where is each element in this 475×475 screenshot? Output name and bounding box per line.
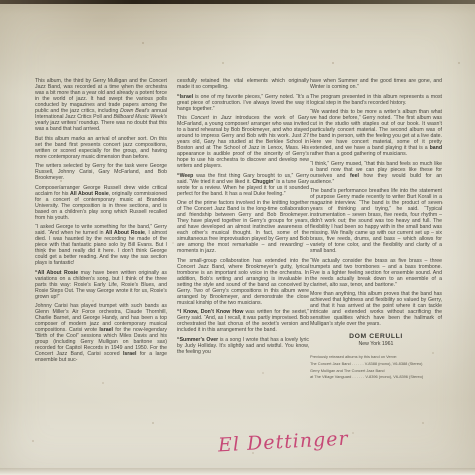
liner-notes-paragraph: “I Know, Don’t Know How was written for … — [177, 309, 309, 333]
liner-notes-paragraph: The program presented in this album repr… — [310, 94, 442, 106]
catalog-line: Previously released albums by this band … — [310, 355, 442, 360]
cover-top-edge — [0, 0, 475, 4]
liner-notes-column-1: This album, the third by Gerry Mulligan … — [35, 78, 167, 367]
catalog-line: The Concert Jazz Band . . . . . . V-8388… — [310, 362, 442, 367]
liner-notes-paragraph: “I think,” Gerry mused, “that this band … — [310, 161, 442, 185]
liner-notes-paragraph: This album, the third by Gerry Mulligan … — [35, 78, 167, 132]
author-place-date: New York 1961 — [310, 341, 442, 347]
author-credit: DOM CERULLINew York 1961 — [310, 334, 442, 347]
liner-notes-paragraph: “All About Rosie may have been written o… — [35, 270, 167, 300]
liner-notes-paragraph: cessfully retained the vital elements wh… — [177, 78, 309, 90]
catalog-line: at The Village Vanguard . . . . . . V-83… — [310, 375, 442, 380]
liner-notes-paragraph: “Israel is one of my favorite pieces,” G… — [177, 94, 309, 112]
liner-notes-paragraph: Johnny Carisi has played trumpet with su… — [35, 303, 167, 363]
handwritten-signature: El Dettinger — [218, 426, 389, 457]
cover-bottom-edge — [0, 468, 475, 475]
liner-notes-paragraph: have when Summer and the good times are … — [310, 78, 442, 90]
previously-released-catalog: Previously released albums by this band … — [310, 355, 442, 380]
liner-notes-paragraph: “We actually consider the brass as five … — [310, 258, 442, 288]
liner-notes-column-3: have when Summer and the good times are … — [310, 78, 442, 380]
liner-notes-paragraph: This Concert in Jazz introduces the work… — [177, 115, 309, 169]
liner-notes-paragraph: “We wanted this to be more a writer’s al… — [310, 109, 442, 157]
liner-notes-paragraph: “I asked George to write something for t… — [35, 224, 167, 266]
catalog-line: Gerry Mulligan and The Concert Jazz Band — [310, 369, 442, 374]
liner-notes-paragraph: Composer/arranger George Russell drew wi… — [35, 185, 167, 221]
paper-age-specks — [0, 0, 2, 2]
liner-notes-column-2: cessfully retained the vital elements wh… — [177, 78, 309, 358]
liner-notes-paragraph: More than anything, this album proves th… — [310, 291, 442, 327]
liner-notes-paragraph: The band’s performance breathes life int… — [310, 188, 442, 254]
author-name: DOM CERULLI — [310, 334, 442, 340]
liner-notes-paragraph: One of the prime factors involved in the… — [177, 200, 309, 254]
liner-notes-paragraph: But this album marks an arrival of anoth… — [35, 136, 167, 160]
liner-notes-paragraph: The writers selected by Gerry for the ta… — [35, 163, 167, 181]
liner-notes-paragraph: The small-group collaboration has extend… — [177, 258, 309, 306]
album-back-cover: This album, the third by Gerry Mulligan … — [0, 0, 475, 475]
liner-notes-paragraph: “Weep was the first thing Gary brought t… — [177, 173, 309, 197]
liner-notes-paragraph: “Summer’s Over is a song I wrote that ha… — [177, 337, 309, 355]
